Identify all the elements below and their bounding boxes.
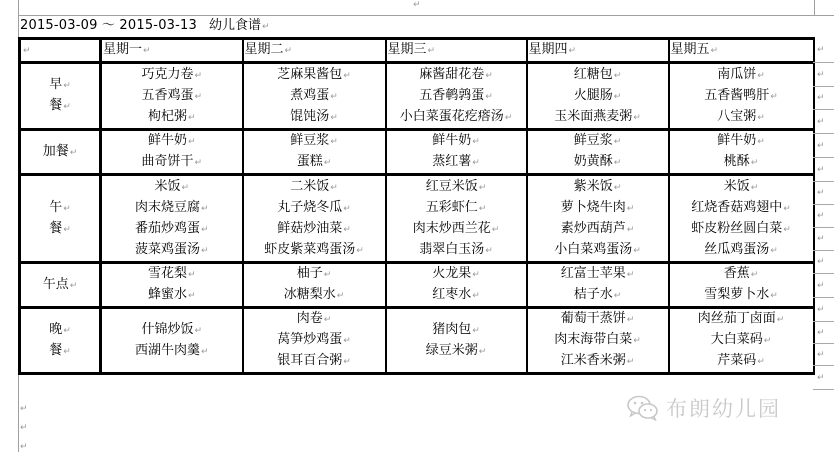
dish: 米饭↵ bbox=[102, 177, 242, 198]
stub-row: ↵ bbox=[813, 344, 834, 366]
stub-row: ↵ bbox=[813, 134, 834, 158]
header-corner-cell[interactable]: ↵ bbox=[20, 39, 101, 63]
menu-cell-afternoon-mon[interactable]: 雪花梨↵ 蜂蜜水↵ bbox=[101, 263, 243, 308]
menu-cell-snack-thu[interactable]: 鲜豆浆↵ 奶黄酥↵ bbox=[527, 130, 669, 175]
dish: 猪肉包↵ bbox=[387, 320, 526, 341]
dish: 肉末炒西兰花↵ bbox=[387, 219, 526, 240]
page-header-line bbox=[18, 15, 834, 16]
stub-row: ↵ bbox=[813, 298, 834, 322]
menu-cell-snack-fri[interactable]: 鲜牛奶↵ 桃酥↵ bbox=[669, 130, 814, 175]
dish: 南瓜饼↵ bbox=[670, 65, 813, 86]
dish: 麻酱甜花卷↵ bbox=[387, 65, 526, 86]
dish: 八宝粥↵ bbox=[670, 107, 813, 128]
dish: 雪梨萝卜水↵ bbox=[670, 285, 813, 306]
empty-paragraphs[interactable]: ↵ ↵ ↵ bbox=[20, 400, 28, 452]
menu-cell-lunch-tue[interactable]: 二米饭↵ 丸子烧冬瓜↵ 鲜菇炒油菜↵ 虾皮紫菜鸡蛋汤↵ bbox=[243, 175, 386, 263]
menu-cell-afternoon-wed[interactable]: 火龙果↵ 红枣水↵ bbox=[386, 263, 527, 308]
table-row-breakfast: 早↵ 餐↵ 巧克力卷↵ 五香鸡蛋↵ 枸杞粥↵ 芝麻果酱包↵ 煮鸡蛋↵ 馄饨汤↵ … bbox=[20, 63, 814, 130]
menu-cell-snack-wed[interactable]: 鲜牛奶↵ 蒸红薯↵ bbox=[386, 130, 527, 175]
row-label-snack[interactable]: 加餐↵ bbox=[20, 130, 101, 175]
paragraph-mark-icon: ↵ bbox=[285, 46, 293, 56]
header-day-tuesday[interactable]: 星期二↵ bbox=[243, 39, 386, 63]
dish: 冰糖梨水↵ bbox=[244, 285, 385, 306]
stub-row: ↵ bbox=[813, 274, 834, 298]
dish: 紫米饭↵ bbox=[528, 177, 668, 198]
dish: 蜂蜜水↵ bbox=[102, 285, 242, 306]
wechat-icon bbox=[626, 395, 660, 421]
dish: 曲奇饼干↵ bbox=[102, 152, 242, 173]
dish: 米饭↵ bbox=[670, 177, 813, 198]
header-day-friday[interactable]: 星期五↵ bbox=[669, 39, 814, 63]
document-title[interactable]: 2015-03-09 ～ 2015-03-13幼儿食谱↵ bbox=[20, 17, 270, 36]
table-overflow-column: ↵ ↵ ↵ ↵ ↵ ↵ ↵ ↵ ↵ ↵ ↵ ↵ ↵ ↵ ↵ bbox=[813, 37, 834, 390]
table-row-afternoon-snack: 午点↵ 雪花梨↵ 蜂蜜水↵ 柚子↵ 冰糖梨水↵ 火龙果↵ 红枣水↵ 红富士苹果↵… bbox=[20, 263, 814, 308]
dish: 肉末烧豆腐↵ bbox=[102, 198, 242, 219]
stub-row: ↵ bbox=[813, 182, 834, 205]
dish: 翡翠白玉汤↵ bbox=[387, 240, 526, 261]
menu-cell-dinner-tue[interactable]: 肉卷↵ 莴笋炒鸡蛋↵ 银耳百合粥↵ bbox=[243, 308, 386, 374]
dish: 肉丝茄丁卤面↵ bbox=[670, 309, 813, 330]
dish: 雪花梨↵ bbox=[102, 264, 242, 285]
dish: 虾皮粉丝圆白菜↵ bbox=[670, 219, 813, 240]
menu-cell-dinner-wed[interactable]: 猪肉包↵ 绿豆米粥↵ bbox=[386, 308, 527, 374]
table-row-snack: 加餐↵ 鲜牛奶↵ 曲奇饼干↵ 鲜豆浆↵ 蛋糕↵ 鲜牛奶↵ 蒸红薯↵ 鲜豆浆↵ 奶… bbox=[20, 130, 814, 175]
dish: 小白菜蛋花疙瘩汤↵ bbox=[387, 107, 526, 128]
stub-row: ↵ bbox=[813, 251, 834, 274]
dish: 鲜牛奶↵ bbox=[102, 131, 242, 152]
dish: 什锦炒饭↵ bbox=[102, 320, 242, 341]
stub-row: ↵ bbox=[813, 63, 834, 87]
menu-cell-afternoon-fri[interactable]: 香蕉↵ 雪梨萝卜水↵ bbox=[669, 263, 814, 308]
row-label-afternoon-snack[interactable]: 午点↵ bbox=[20, 263, 101, 308]
dish: 素炒西葫芦↵ bbox=[528, 219, 668, 240]
dish: 五香鸡蛋↵ bbox=[102, 86, 242, 107]
dish: 桃酥↵ bbox=[670, 152, 813, 173]
paragraph-mark-icon: ↵ bbox=[20, 400, 28, 419]
dish: 鲜菇炒油菜↵ bbox=[244, 219, 385, 240]
dish: 二米饭↵ bbox=[244, 177, 385, 198]
dish: 鲜豆浆↵ bbox=[528, 131, 668, 152]
menu-cell-dinner-thu[interactable]: 葡萄干蒸饼↵ 肉末海带白菜↵ 江米香米粥↵ bbox=[527, 308, 669, 374]
menu-cell-snack-tue[interactable]: 鲜豆浆↵ 蛋糕↵ bbox=[243, 130, 386, 175]
row-label-dinner[interactable]: 晚↵ 餐↵ bbox=[20, 308, 101, 374]
dish: 大白菜码↵ bbox=[670, 330, 813, 351]
dish: 柚子↵ bbox=[244, 264, 385, 285]
menu-cell-breakfast-thu[interactable]: 红糖包↵ 火腿肠↵ 玉米面燕麦粥↵ bbox=[527, 63, 669, 130]
paragraph-mark-icon: ↵ bbox=[262, 22, 270, 32]
stub-row: ↵ bbox=[813, 37, 834, 63]
dish: 玉米面燕麦粥↵ bbox=[528, 107, 668, 128]
title-text: 幼儿食谱 bbox=[209, 18, 261, 33]
dish: 五香酱鸭肝↵ bbox=[670, 86, 813, 107]
header-day-thursday[interactable]: 星期四↵ bbox=[527, 39, 669, 63]
menu-cell-breakfast-fri[interactable]: 南瓜饼↵ 五香酱鸭肝↵ 八宝粥↵ bbox=[669, 63, 814, 130]
dish: 丝瓜鸡蛋汤↵ bbox=[670, 240, 813, 261]
page-margin-right-line bbox=[814, 0, 815, 15]
paragraph-mark-icon: ↵ bbox=[20, 438, 28, 452]
dish: 虾皮紫菜鸡蛋汤↵ bbox=[244, 240, 385, 261]
watermark-text: 布朗幼儿园 bbox=[666, 393, 781, 423]
dish: 绿豆米粥↵ bbox=[387, 341, 526, 362]
watermark: 布朗幼儿园 bbox=[626, 393, 781, 423]
paragraph-mark-icon: ↵ bbox=[569, 46, 577, 56]
dish: 蒸红薯↵ bbox=[387, 152, 526, 173]
dish: 芝麻果酱包↵ bbox=[244, 65, 385, 86]
dish: 红烧香菇鸡翅中↵ bbox=[670, 198, 813, 219]
menu-cell-breakfast-mon[interactable]: 巧克力卷↵ 五香鸡蛋↵ 枸杞粥↵ bbox=[101, 63, 243, 130]
stub-row: ↵ bbox=[813, 228, 834, 251]
stub-row: ↵ bbox=[813, 322, 834, 344]
dish: 小白菜鸡蛋汤↵ bbox=[528, 240, 668, 261]
dish: 五香鹌鹑蛋↵ bbox=[387, 86, 526, 107]
dish: 菠菜鸡蛋汤↵ bbox=[102, 240, 242, 261]
menu-cell-breakfast-tue[interactable]: 芝麻果酱包↵ 煮鸡蛋↵ 馄饨汤↵ bbox=[243, 63, 386, 130]
header-day-wednesday[interactable]: 星期三↵ bbox=[386, 39, 527, 63]
table-row-lunch: 午↵ 餐↵ 米饭↵ 肉末烧豆腐↵ 番茄炒鸡蛋↵ 菠菜鸡蛋汤↵ 二米饭↵ 丸子烧冬… bbox=[20, 175, 814, 263]
dish: 桔子水↵ bbox=[528, 285, 668, 306]
menu-cell-afternoon-thu[interactable]: 红富士苹果↵ 桔子水↵ bbox=[527, 263, 669, 308]
menu-table[interactable]: ↵ 星期一↵ 星期二↵ 星期三↵ 星期四↵ 星期五↵ 早↵ 餐↵ 巧克力卷↵ 五… bbox=[18, 37, 815, 375]
paragraph-mark-icon: ↵ bbox=[413, 0, 421, 10]
dish: 江米香米粥↵ bbox=[528, 351, 668, 372]
table-row-dinner: 晚↵ 餐↵ 什锦炒饭↵ 西湖牛肉羹↵ 肉卷↵ 莴笋炒鸡蛋↵ 银耳百合粥↵ 猪肉包… bbox=[20, 308, 814, 374]
menu-cell-lunch-thu[interactable]: 紫米饭↵ 萝卜烧牛肉↵ 素炒西葫芦↵ 小白菜鸡蛋汤↵ bbox=[527, 175, 669, 263]
paragraph-mark-icon: ↵ bbox=[711, 46, 719, 56]
dish: 番茄炒鸡蛋↵ bbox=[102, 219, 242, 240]
menu-cell-lunch-fri[interactable]: 米饭↵ 红烧香菇鸡翅中↵ 虾皮粉丝圆白菜↵ 丝瓜鸡蛋汤↵ bbox=[669, 175, 814, 263]
dish: 鲜牛奶↵ bbox=[670, 131, 813, 152]
dish: 鲜豆浆↵ bbox=[244, 131, 385, 152]
dish: 莴笋炒鸡蛋↵ bbox=[244, 330, 385, 351]
dish: 蛋糕↵ bbox=[244, 152, 385, 173]
dish: 煮鸡蛋↵ bbox=[244, 86, 385, 107]
stub-row: ↵ bbox=[813, 110, 834, 134]
dish: 肉卷↵ bbox=[244, 309, 385, 330]
paragraph-mark-icon: ↵ bbox=[428, 46, 436, 56]
dish: 红糖包↵ bbox=[528, 65, 668, 86]
dish: 葡萄干蒸饼↵ bbox=[528, 309, 668, 330]
dish: 银耳百合粥↵ bbox=[244, 351, 385, 372]
dish: 枸杞粥↵ bbox=[102, 107, 242, 128]
dish: 火腿肠↵ bbox=[528, 86, 668, 107]
paragraph-mark-icon: ↵ bbox=[20, 419, 28, 438]
row-label-breakfast[interactable]: 早↵ 餐↵ bbox=[20, 63, 101, 130]
dish: 五彩虾仁↵ bbox=[387, 198, 526, 219]
dish: 红枣水↵ bbox=[387, 285, 526, 306]
menu-cell-lunch-mon[interactable]: 米饭↵ 肉末烧豆腐↵ 番茄炒鸡蛋↵ 菠菜鸡蛋汤↵ bbox=[101, 175, 243, 263]
paragraph-mark-icon: ↵ bbox=[143, 46, 151, 56]
dish: 馄饨汤↵ bbox=[244, 107, 385, 128]
stub-row: ↵ bbox=[813, 366, 834, 390]
menu-cell-lunch-wed[interactable]: 红豆米饭↵ 五彩虾仁↵ 肉末炒西兰花↵ 翡翠白玉汤↵ bbox=[386, 175, 527, 263]
stub-row: ↵ bbox=[813, 87, 834, 110]
stub-row: ↵ bbox=[813, 205, 834, 228]
header-day-monday[interactable]: 星期一↵ bbox=[101, 39, 243, 63]
dish: 肉末海带白菜↵ bbox=[528, 330, 668, 351]
dish: 丸子烧冬瓜↵ bbox=[244, 198, 385, 219]
dish: 火龙果↵ bbox=[387, 264, 526, 285]
menu-cell-dinner-fri[interactable]: 肉丝茄丁卤面↵ 大白菜码↵ 芹菜码↵ bbox=[669, 308, 814, 374]
row-label-lunch[interactable]: 午↵ 餐↵ bbox=[20, 175, 101, 263]
dish: 芹菜码↵ bbox=[670, 351, 813, 372]
dish: 香蕉↵ bbox=[670, 264, 813, 285]
dish: 鲜牛奶↵ bbox=[387, 131, 526, 152]
menu-cell-breakfast-wed[interactable]: 麻酱甜花卷↵ 五香鹌鹑蛋↵ 小白菜蛋花疙瘩汤↵ bbox=[386, 63, 527, 130]
header-row: ↵ 星期一↵ 星期二↵ 星期三↵ 星期四↵ 星期五↵ bbox=[20, 39, 814, 63]
menu-cell-afternoon-tue[interactable]: 柚子↵ 冰糖梨水↵ bbox=[243, 263, 386, 308]
menu-cell-snack-mon[interactable]: 鲜牛奶↵ 曲奇饼干↵ bbox=[101, 130, 243, 175]
dish: 红富士苹果↵ bbox=[528, 264, 668, 285]
dish: 巧克力卷↵ bbox=[102, 65, 242, 86]
dish: 奶黄酥↵ bbox=[528, 152, 668, 173]
stub-row: ↵ bbox=[813, 158, 834, 182]
menu-cell-dinner-mon[interactable]: 什锦炒饭↵ 西湖牛肉羹↵ bbox=[101, 308, 243, 374]
dish: 红豆米饭↵ bbox=[387, 177, 526, 198]
dish: 西湖牛肉羹↵ bbox=[102, 341, 242, 362]
dish: 萝卜烧牛肉↵ bbox=[528, 198, 668, 219]
date-range: 2015-03-09 ～ 2015-03-13 bbox=[20, 18, 197, 33]
paragraph-mark-icon: ↵ bbox=[23, 46, 31, 56]
